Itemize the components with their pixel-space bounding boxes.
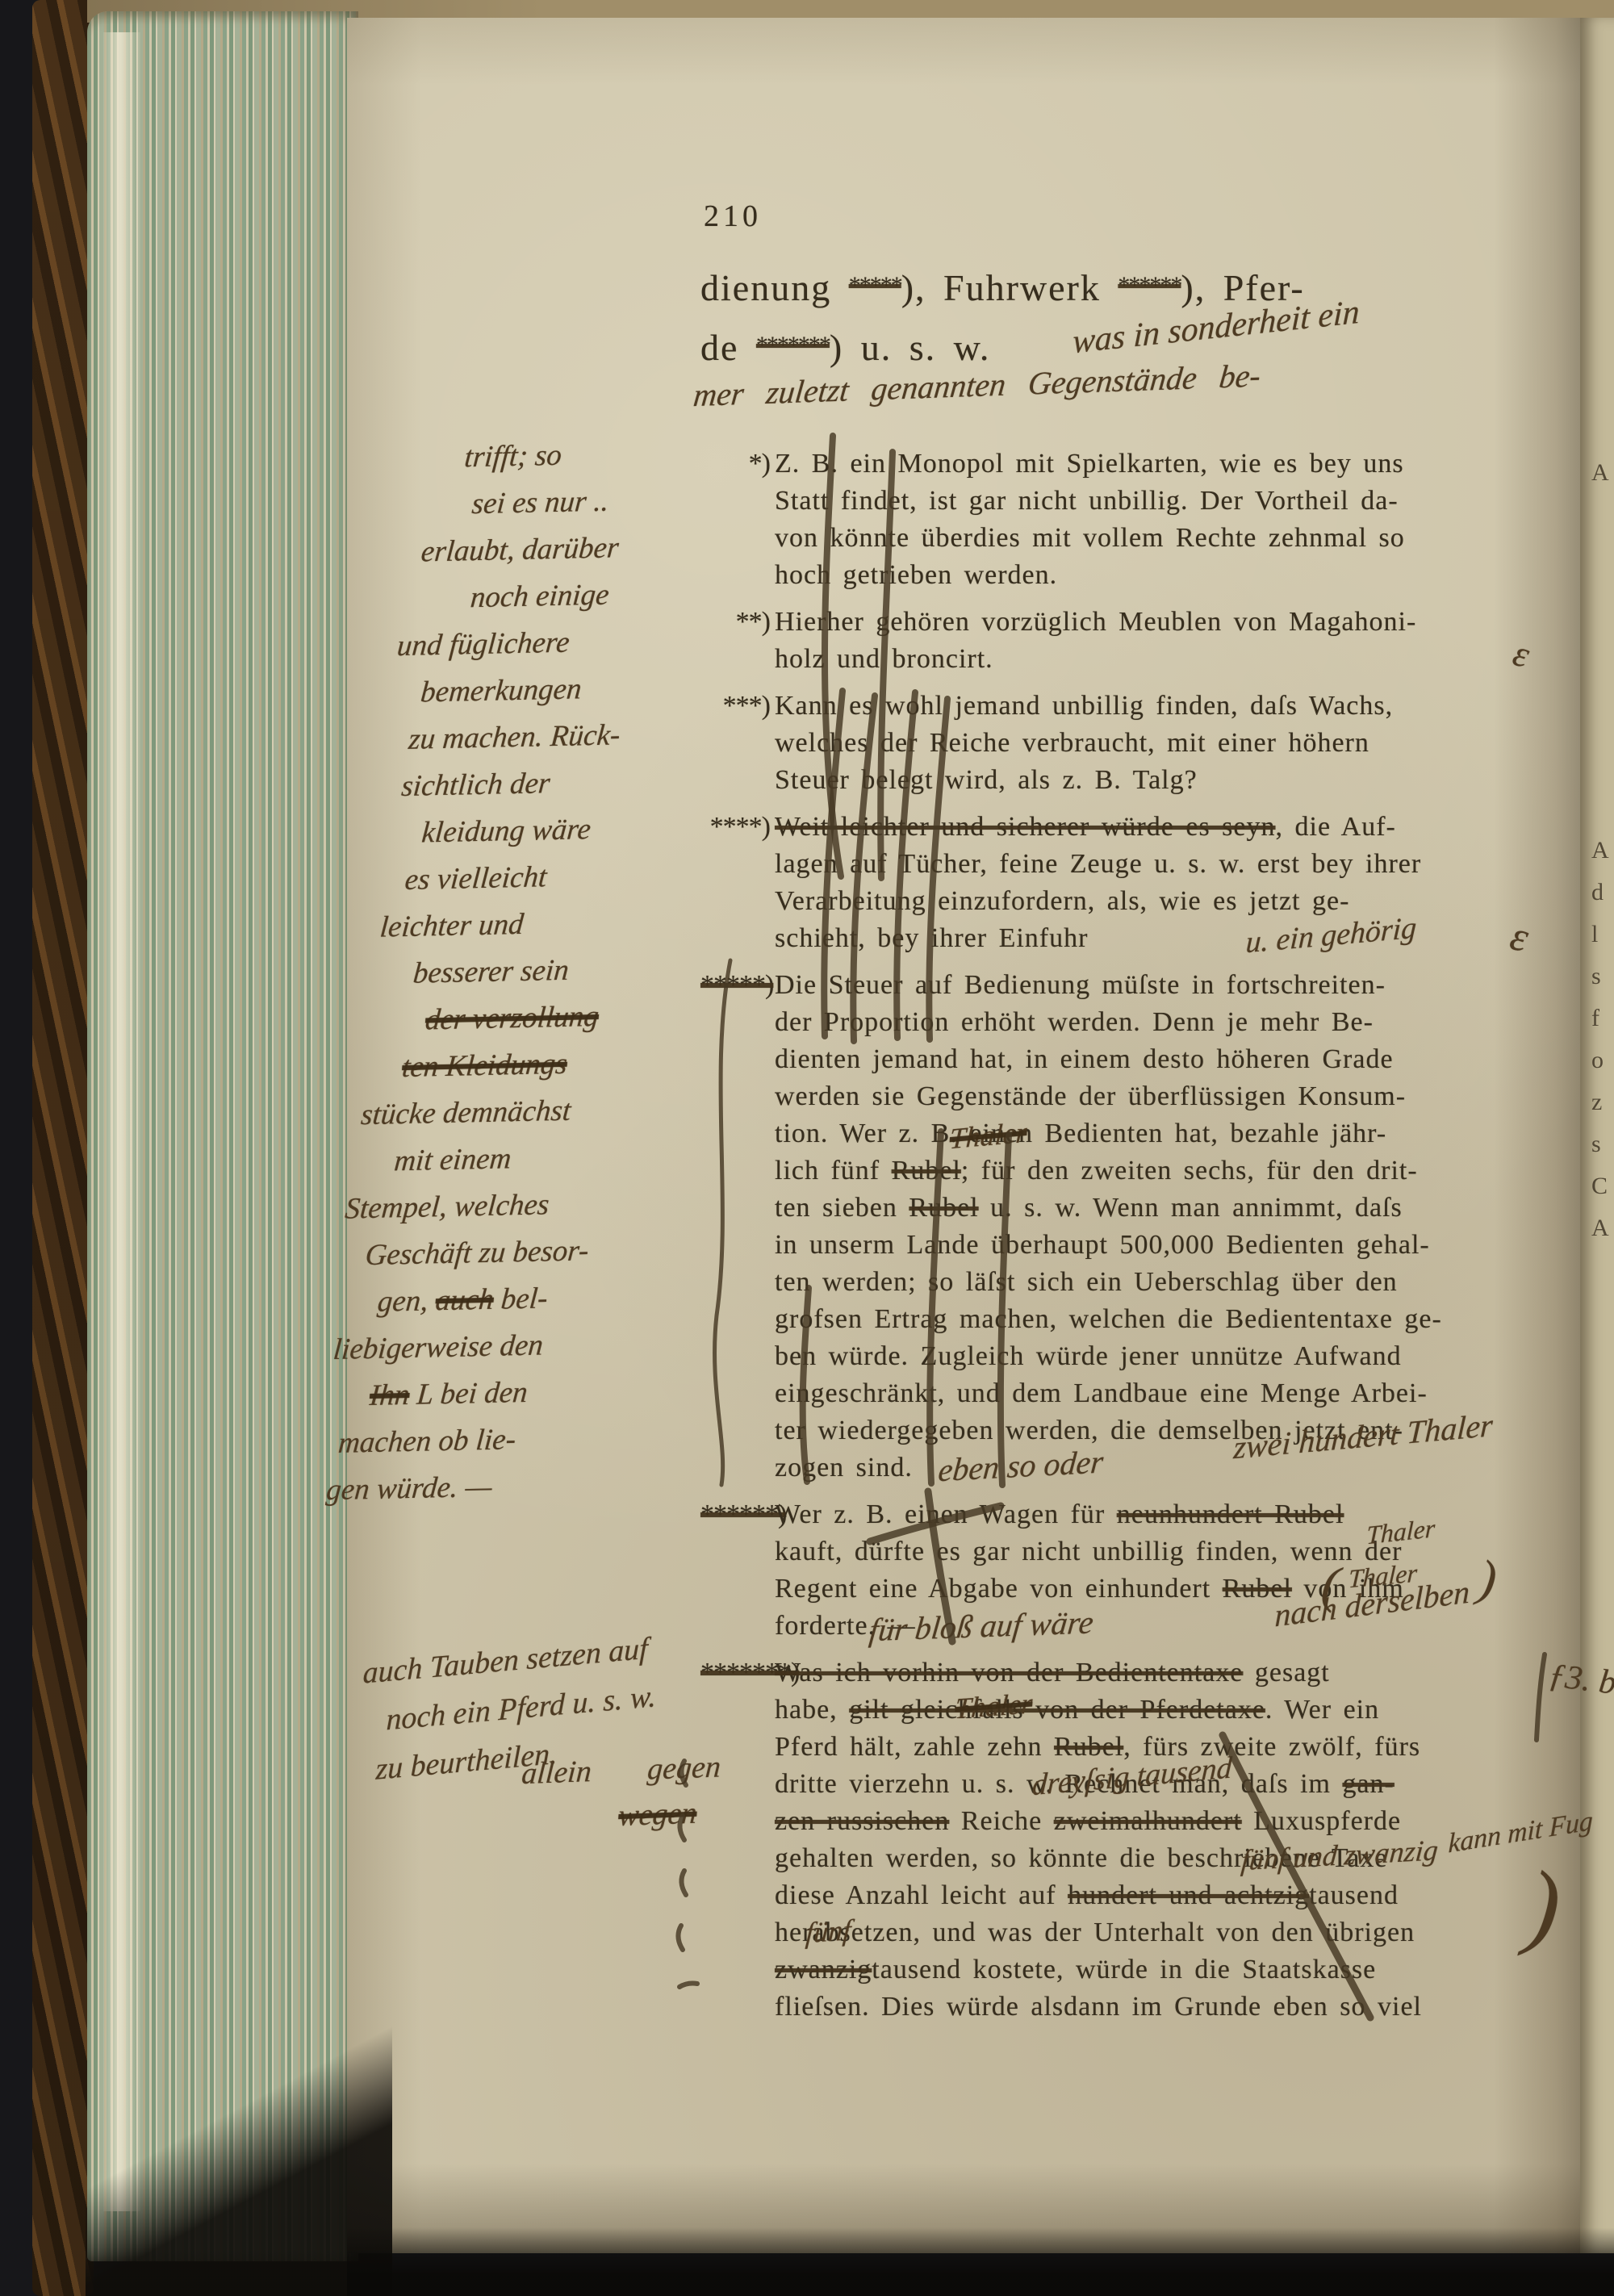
text-segment: ******) bbox=[700, 1496, 770, 1533]
footnote-line: **)Hierher gehören vorzüglich Meublen vo… bbox=[775, 604, 1590, 641]
footnote-line: ******)Wer z. B. einen Wagen für neunhun… bbox=[775, 1496, 1590, 1533]
footnote-line: holz und broncirt. bbox=[775, 641, 1590, 678]
text-segment: ben würde. Zugleich würde jener unnütze … bbox=[775, 1341, 1402, 1371]
text-segment: gen, bbox=[376, 1284, 437, 1319]
text-segment: machen ob lie- bbox=[337, 1423, 517, 1460]
text-segment: zogen sind. bbox=[775, 1453, 913, 1483]
ann-margin-wegen: wegen bbox=[617, 1796, 698, 1834]
marginalia-line: gen würde. — bbox=[324, 1459, 711, 1514]
text-segment: ), Fuhrwerk bbox=[901, 267, 1119, 308]
text-segment: Stempel, welches bbox=[344, 1188, 550, 1225]
text-segment: gen würde. — bbox=[325, 1470, 494, 1507]
ann-forderte-thaler: Thaler bbox=[1348, 1558, 1418, 1595]
page-number: 210 bbox=[704, 199, 762, 234]
footnote: *)Z. B. ein Monopol mit Spielkarten, wie… bbox=[775, 445, 1590, 594]
ann-fuenf: fünf bbox=[805, 1913, 852, 1950]
text-segment: kleidung wäre bbox=[420, 813, 592, 849]
marginalia-line: mit einem bbox=[392, 1131, 738, 1185]
text-segment: bel- bbox=[492, 1282, 549, 1315]
text-segment: und füglichere bbox=[396, 626, 571, 663]
footnote-line: dienten jemand hat, in einem desto höher… bbox=[775, 1041, 1590, 1078]
footnote-line: in unserm Lande überhaupt 500,000 Bedien… bbox=[775, 1227, 1590, 1264]
marginalia-line: liebigerweise den bbox=[332, 1319, 723, 1374]
text-segment: stücke demnächst bbox=[360, 1094, 572, 1132]
ann-allein: allein gegen bbox=[521, 1749, 722, 1792]
footnote-line: tion. Wer z. B. einen Bedienten hat, bez… bbox=[775, 1115, 1590, 1152]
ann-thaler-zehn: Thaler bbox=[954, 1686, 1034, 1725]
footnote-line: lich fünf Rubel; für den zweiten sechs, … bbox=[775, 1152, 1590, 1190]
marginalia-line: stücke demnächst bbox=[359, 1084, 742, 1139]
text-segment: L bei den bbox=[408, 1376, 529, 1411]
text-segment: tion. Wer z. B. einen Bedienten hat, bez… bbox=[775, 1119, 1386, 1148]
text-segment: werden sie Gegenstände der überflüssigen… bbox=[775, 1081, 1406, 1111]
text-segment: habe, bbox=[775, 1695, 849, 1725]
ann-forderte-a: für bloß auf wäre bbox=[868, 1603, 1095, 1649]
heading-line-2: de *******) u. s. w. bbox=[700, 326, 990, 369]
text-segment: ) u. s. w. bbox=[830, 327, 990, 368]
text-segment: sei es nur .. bbox=[470, 485, 610, 521]
footnote-line: zwanzigtausend kostete, würde in die Sta… bbox=[775, 1951, 1590, 1989]
marginalia-line: noch einige bbox=[469, 568, 786, 621]
footnote-line: ben würde. Zugleich würde jener unnütze … bbox=[775, 1338, 1590, 1375]
fore-edge-highlight bbox=[103, 32, 140, 2211]
footnote-line: welches der Reiche verbraucht, mit einer… bbox=[775, 725, 1590, 762]
text-segment: u. s. w. Wenn man annimmt, daſs bbox=[979, 1193, 1403, 1223]
footnote-line: diese Anzahl leicht auf hundert und acht… bbox=[775, 1877, 1590, 1914]
text-segment: Steuer belegt wird, als z. B. Talg? bbox=[775, 765, 1198, 795]
marginalia-line: kleidung wäre bbox=[420, 803, 766, 857]
footnote-line: herabsetzen, und was der Unterhalt von d… bbox=[775, 1914, 1590, 1951]
text-segment: tausend bbox=[1309, 1880, 1399, 1910]
footnote-line: flieſsen. Dies würde alsdann im Grunde e… bbox=[775, 1989, 1590, 2026]
bottom-left-shadow bbox=[86, 1993, 392, 2296]
text-segment: von könnte überdies mit vollem Rechte ze… bbox=[775, 523, 1405, 553]
text-segment: ten werden; so läſst sich ein Ueberschla… bbox=[775, 1267, 1398, 1297]
text-segment: ten sieben bbox=[775, 1193, 909, 1223]
bottom-shadow bbox=[347, 2227, 1614, 2296]
footnote-line: eingeschränkt, und dem Landbaue eine Men… bbox=[775, 1375, 1590, 1412]
text-segment: Statt findet, ist gar nicht unbillig. De… bbox=[775, 486, 1399, 516]
text-segment: Reiche bbox=[949, 1806, 1053, 1836]
text-segment: zen russischen bbox=[775, 1806, 949, 1836]
text-segment: es vielleicht bbox=[403, 860, 548, 897]
text-segment: sichtlich der bbox=[400, 767, 551, 803]
text-segment: noch einige bbox=[469, 579, 610, 615]
text-segment: gan- bbox=[1342, 1769, 1394, 1799]
marginalia-line: der verzollung bbox=[424, 990, 751, 1043]
text-segment: leichter und bbox=[378, 908, 525, 944]
text-segment: liebigerweise den bbox=[332, 1328, 544, 1366]
text-segment: ten Kleidungs bbox=[401, 1048, 569, 1084]
text-segment: gilt gleichfalls von der Pferdetaxe bbox=[849, 1695, 1265, 1725]
marginalia-line: es vielleicht bbox=[403, 850, 762, 904]
footnote-line: lagen auf Tücher, feine Zeuge u. s. w. e… bbox=[775, 846, 1590, 883]
marginalia-line: zu machen. Rück- bbox=[407, 709, 774, 763]
text-segment: mit einem bbox=[393, 1142, 512, 1177]
text-segment: Hierher gehören vorzüglich Meublen von M… bbox=[775, 607, 1416, 637]
text-segment: hundert und achtzig bbox=[1068, 1880, 1309, 1910]
footnote: ***)Kann es wohl jemand unbillig finden,… bbox=[775, 688, 1590, 799]
marginalia-line: gen, auch bel- bbox=[375, 1272, 726, 1326]
footnote-line: Statt findet, ist gar nicht unbillig. De… bbox=[775, 483, 1590, 520]
text-segment: Ihn bbox=[368, 1378, 411, 1412]
marginalia-line: machen ob lie- bbox=[337, 1412, 715, 1467]
marginalia-line: besserer sein bbox=[412, 943, 755, 997]
text-segment: trifft; so bbox=[463, 439, 563, 475]
text-segment: Z. B. ein Monopol mit Spielkarten, wie e… bbox=[775, 449, 1404, 479]
footnote-line: kauft, dürfte es gar nicht unbillig find… bbox=[775, 1533, 1590, 1570]
footnote-line: *)Z. B. ein Monopol mit Spielkarten, wie… bbox=[775, 445, 1590, 483]
text-segment: Rubel bbox=[909, 1193, 978, 1223]
marginalia-line: sichtlich der bbox=[399, 755, 770, 810]
text-segment: Kann es wohl jemand unbillig finden, daſ… bbox=[775, 691, 1393, 721]
text-segment: Pferd hält, zahle zehn bbox=[775, 1732, 1054, 1762]
text-segment: zu machen. Rück- bbox=[408, 718, 621, 756]
text-segment: neunhundert Rubel bbox=[1117, 1499, 1344, 1529]
text-segment: ; für den zweiten sechs, für den drit- bbox=[961, 1156, 1418, 1186]
text-segment: holz und broncirt. bbox=[775, 644, 993, 674]
text-segment: Rubel bbox=[1054, 1732, 1123, 1762]
facing-page-partial-letters: A A d l s f o z s C A bbox=[1591, 452, 1609, 1249]
text-segment: dienung bbox=[700, 267, 849, 308]
text-segment: eingeschränkt, und dem Landbaue eine Men… bbox=[775, 1378, 1428, 1408]
text-segment: erlaubt, darüber bbox=[420, 531, 620, 568]
text-segment: auch bbox=[434, 1283, 495, 1318]
text-segment: bemerkungen bbox=[420, 672, 583, 709]
footnote-line: hoch getrieben werden. bbox=[775, 557, 1590, 594]
text-segment: Die Steuer auf Bedienung müſste in forts… bbox=[775, 970, 1386, 1000]
text-segment: Regent eine Abgabe von einhundert bbox=[775, 1574, 1223, 1604]
text-segment: ****** bbox=[1118, 272, 1181, 299]
text-segment: Wer z. B. einen Wagen für bbox=[775, 1499, 1117, 1529]
text-segment: Geschäft zu besor- bbox=[364, 1234, 590, 1272]
marginalia-line: ten Kleidungs bbox=[400, 1037, 746, 1091]
footnote-line: zogen sind. bbox=[775, 1449, 1590, 1487]
footnote-line: Steuer belegt wird, als z. B. Talg? bbox=[775, 762, 1590, 799]
text-segment: Rubel bbox=[892, 1156, 961, 1186]
text-segment: *******) bbox=[700, 1654, 770, 1692]
text-segment: kauft, dürfte es gar nicht unbillig find… bbox=[775, 1537, 1402, 1566]
ann-thaler-fuenf: Thaler bbox=[949, 1115, 1028, 1156]
text-segment: zwanzig bbox=[775, 1955, 872, 1984]
footnote-line: *****)Die Steuer auf Bedienung müſste in… bbox=[775, 967, 1590, 1004]
book-scan: 210 dienung *****), Fuhrwerk ******), Pf… bbox=[0, 0, 1614, 2296]
text-segment: besserer sein bbox=[412, 954, 570, 990]
marginalia-line: Stempel, welches bbox=[343, 1177, 734, 1232]
footnote-line: ****)Weit leichter und sicherer würde es… bbox=[775, 809, 1590, 846]
text-segment: zweimalhundert bbox=[1054, 1806, 1242, 1836]
text-segment: . Wer ein bbox=[1265, 1695, 1379, 1725]
marginalia-line: bemerkungen bbox=[419, 662, 778, 716]
leather-cover-edge bbox=[32, 0, 94, 2296]
text-segment: Weit leichter und sicherer würde es seyn bbox=[775, 812, 1276, 842]
heading-line-1: dienung *****), Fuhrwerk ******), Pfer- bbox=[700, 266, 1305, 309]
footnote: ****)Weit leichter und sicherer würde es… bbox=[775, 809, 1590, 957]
footnote-line: schieht, bey ihrer Einfuhr bbox=[775, 920, 1590, 957]
text-segment: Luxuspferde bbox=[1242, 1806, 1401, 1836]
text-segment: welches der Reiche verbraucht, mit einer… bbox=[775, 728, 1369, 758]
text-segment: schieht, bey ihrer Einfuhr bbox=[775, 923, 1088, 953]
footnote-line: ten sieben Rubel u. s. w. Wenn man annim… bbox=[775, 1190, 1590, 1227]
text-segment: lagen auf Tücher, feine Zeuge u. s. w. e… bbox=[775, 849, 1421, 879]
marginalia-line: trifft; so bbox=[462, 428, 797, 482]
text-segment: herabsetzen, und was der Unterhalt von d… bbox=[775, 1918, 1415, 1947]
text-segment: gesagt bbox=[1243, 1658, 1329, 1687]
text-segment: tausend kostete, würde in die Staatskass… bbox=[872, 1955, 1376, 1984]
text-segment: der Proportion erhöht werden. Denn je me… bbox=[775, 1007, 1374, 1037]
footnote-line: grofsen Ertrag machen, welchen die Bedie… bbox=[775, 1301, 1590, 1338]
text-segment: ***** bbox=[849, 272, 901, 299]
text-segment: dienten jemand hat, in einem desto höher… bbox=[775, 1044, 1394, 1074]
footnote-line: Verarbeitung einzufordern, als, wie es j… bbox=[775, 883, 1590, 920]
text-segment: ******* bbox=[756, 332, 830, 358]
text-segment: de bbox=[700, 327, 756, 368]
text-segment: der verzollung bbox=[424, 1000, 600, 1037]
text-segment: hoch getrieben werden. bbox=[775, 560, 1057, 590]
footnote-line: der Proportion erhöht werden. Denn je me… bbox=[775, 1004, 1590, 1041]
footnote-line: ten werden; so läſst sich ein Ueberschla… bbox=[775, 1264, 1590, 1301]
text-segment: Was ich vorhin von der Bediententaxe bbox=[775, 1658, 1243, 1687]
text-segment: , die Auf- bbox=[1276, 812, 1396, 842]
text-segment: in unserm Lande überhaupt 500,000 Bedien… bbox=[775, 1230, 1430, 1260]
text-segment: flieſsen. Dies würde alsdann im Grunde e… bbox=[775, 1992, 1422, 2022]
text-segment: lich fünf bbox=[775, 1156, 892, 1186]
footnote-line: ***)Kann es wohl jemand unbillig finden,… bbox=[775, 688, 1590, 725]
footnote-line: habe, gilt gleichfalls von der Pferdetax… bbox=[775, 1692, 1590, 1729]
text-segment: Verarbeitung einzufordern, als, wie es j… bbox=[775, 886, 1349, 916]
footnote-line: werden sie Gegenstände der überflüssigen… bbox=[775, 1078, 1590, 1115]
marginalia-line: leichter und bbox=[378, 897, 758, 951]
marginalia-line: sei es nur .. bbox=[470, 475, 793, 528]
text-segment: diese Anzahl leicht auf bbox=[775, 1880, 1068, 1910]
marginalia-line: und füglichere bbox=[395, 615, 782, 670]
marginalia-line: Ihn L bei den bbox=[368, 1365, 719, 1420]
footnote-line: *******)Was ich vorhin von der Bedienten… bbox=[775, 1654, 1590, 1692]
marginalia-line: erlaubt, darüber bbox=[420, 521, 790, 576]
footnote-line: von könnte überdies mit vollem Rechte ze… bbox=[775, 520, 1590, 557]
text-segment: grofsen Ertrag machen, welchen die Bedie… bbox=[775, 1304, 1442, 1334]
footnote: **)Hierher gehören vorzüglich Meublen vo… bbox=[775, 604, 1590, 678]
marginalia-line: Geschäft zu besor- bbox=[363, 1225, 730, 1280]
